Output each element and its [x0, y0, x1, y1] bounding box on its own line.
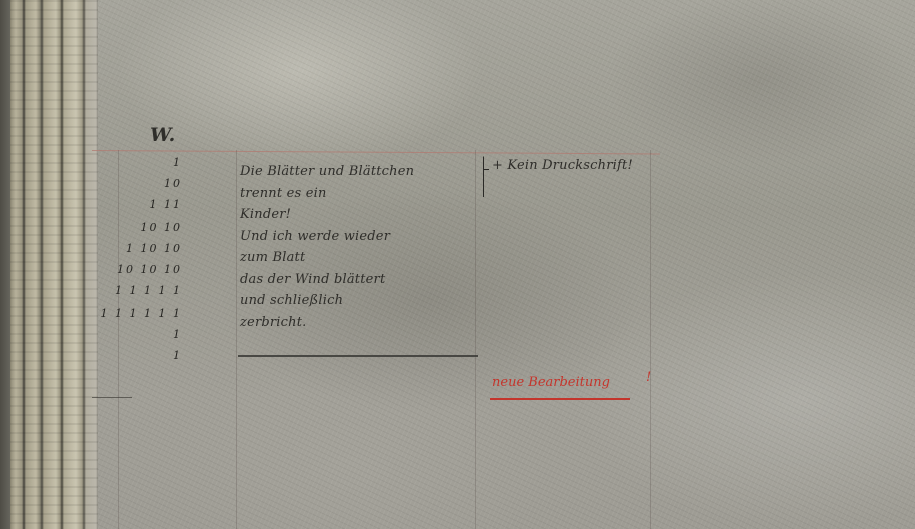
text-line: zum Blatt: [240, 247, 414, 269]
mark: 10 10 10: [117, 263, 182, 276]
manuscript-page: W. 1 10 1 11 10 10 1 10 10 10 10 10 1 1 …: [0, 0, 915, 529]
marks-column: 1 10 1 11 10 10 1 10 10 10 10 10 1 1 1 1…: [92, 156, 182, 366]
text-line: Und ich werde wieder: [240, 226, 414, 248]
end-rule: [238, 355, 478, 357]
mark: 1: [173, 349, 182, 362]
text-line: Kinder!: [240, 204, 414, 226]
text-line: und schließlich: [240, 290, 414, 312]
mark: 10: [164, 177, 182, 190]
text-line: Die Blätter und Blättchen: [240, 161, 414, 183]
column-rule: [650, 150, 651, 529]
mark: 1 11: [150, 198, 183, 211]
column-rule: [236, 150, 237, 529]
red-underline: [490, 398, 630, 400]
column-rule: [475, 150, 476, 529]
text-line: das der Wind blättert: [240, 269, 414, 291]
poem-text: Die Blätter und Blättchen trennt es ein …: [240, 161, 414, 333]
mark: 1 1 1 1 1: [115, 284, 182, 297]
mark: 10 10: [141, 221, 183, 234]
text-line: trennt es ein: [240, 183, 414, 205]
brace-mark: [483, 156, 490, 197]
mark: 1 10 10: [126, 242, 182, 255]
mark: 1: [173, 328, 182, 341]
side-note: + Kein Druckschrift!: [492, 158, 633, 173]
text-line: zerbricht.: [240, 312, 414, 334]
red-annotation-mark: !: [646, 370, 651, 385]
column-header: W.: [150, 124, 175, 146]
red-annotation: neue Bearbeitung: [492, 375, 610, 390]
mark: 1: [173, 156, 182, 169]
page-stack-edges: [10, 0, 98, 529]
mark: 1 1 1 1 1 1: [101, 307, 182, 320]
red-header-rule: [92, 150, 660, 154]
margin-crease: [92, 397, 132, 398]
